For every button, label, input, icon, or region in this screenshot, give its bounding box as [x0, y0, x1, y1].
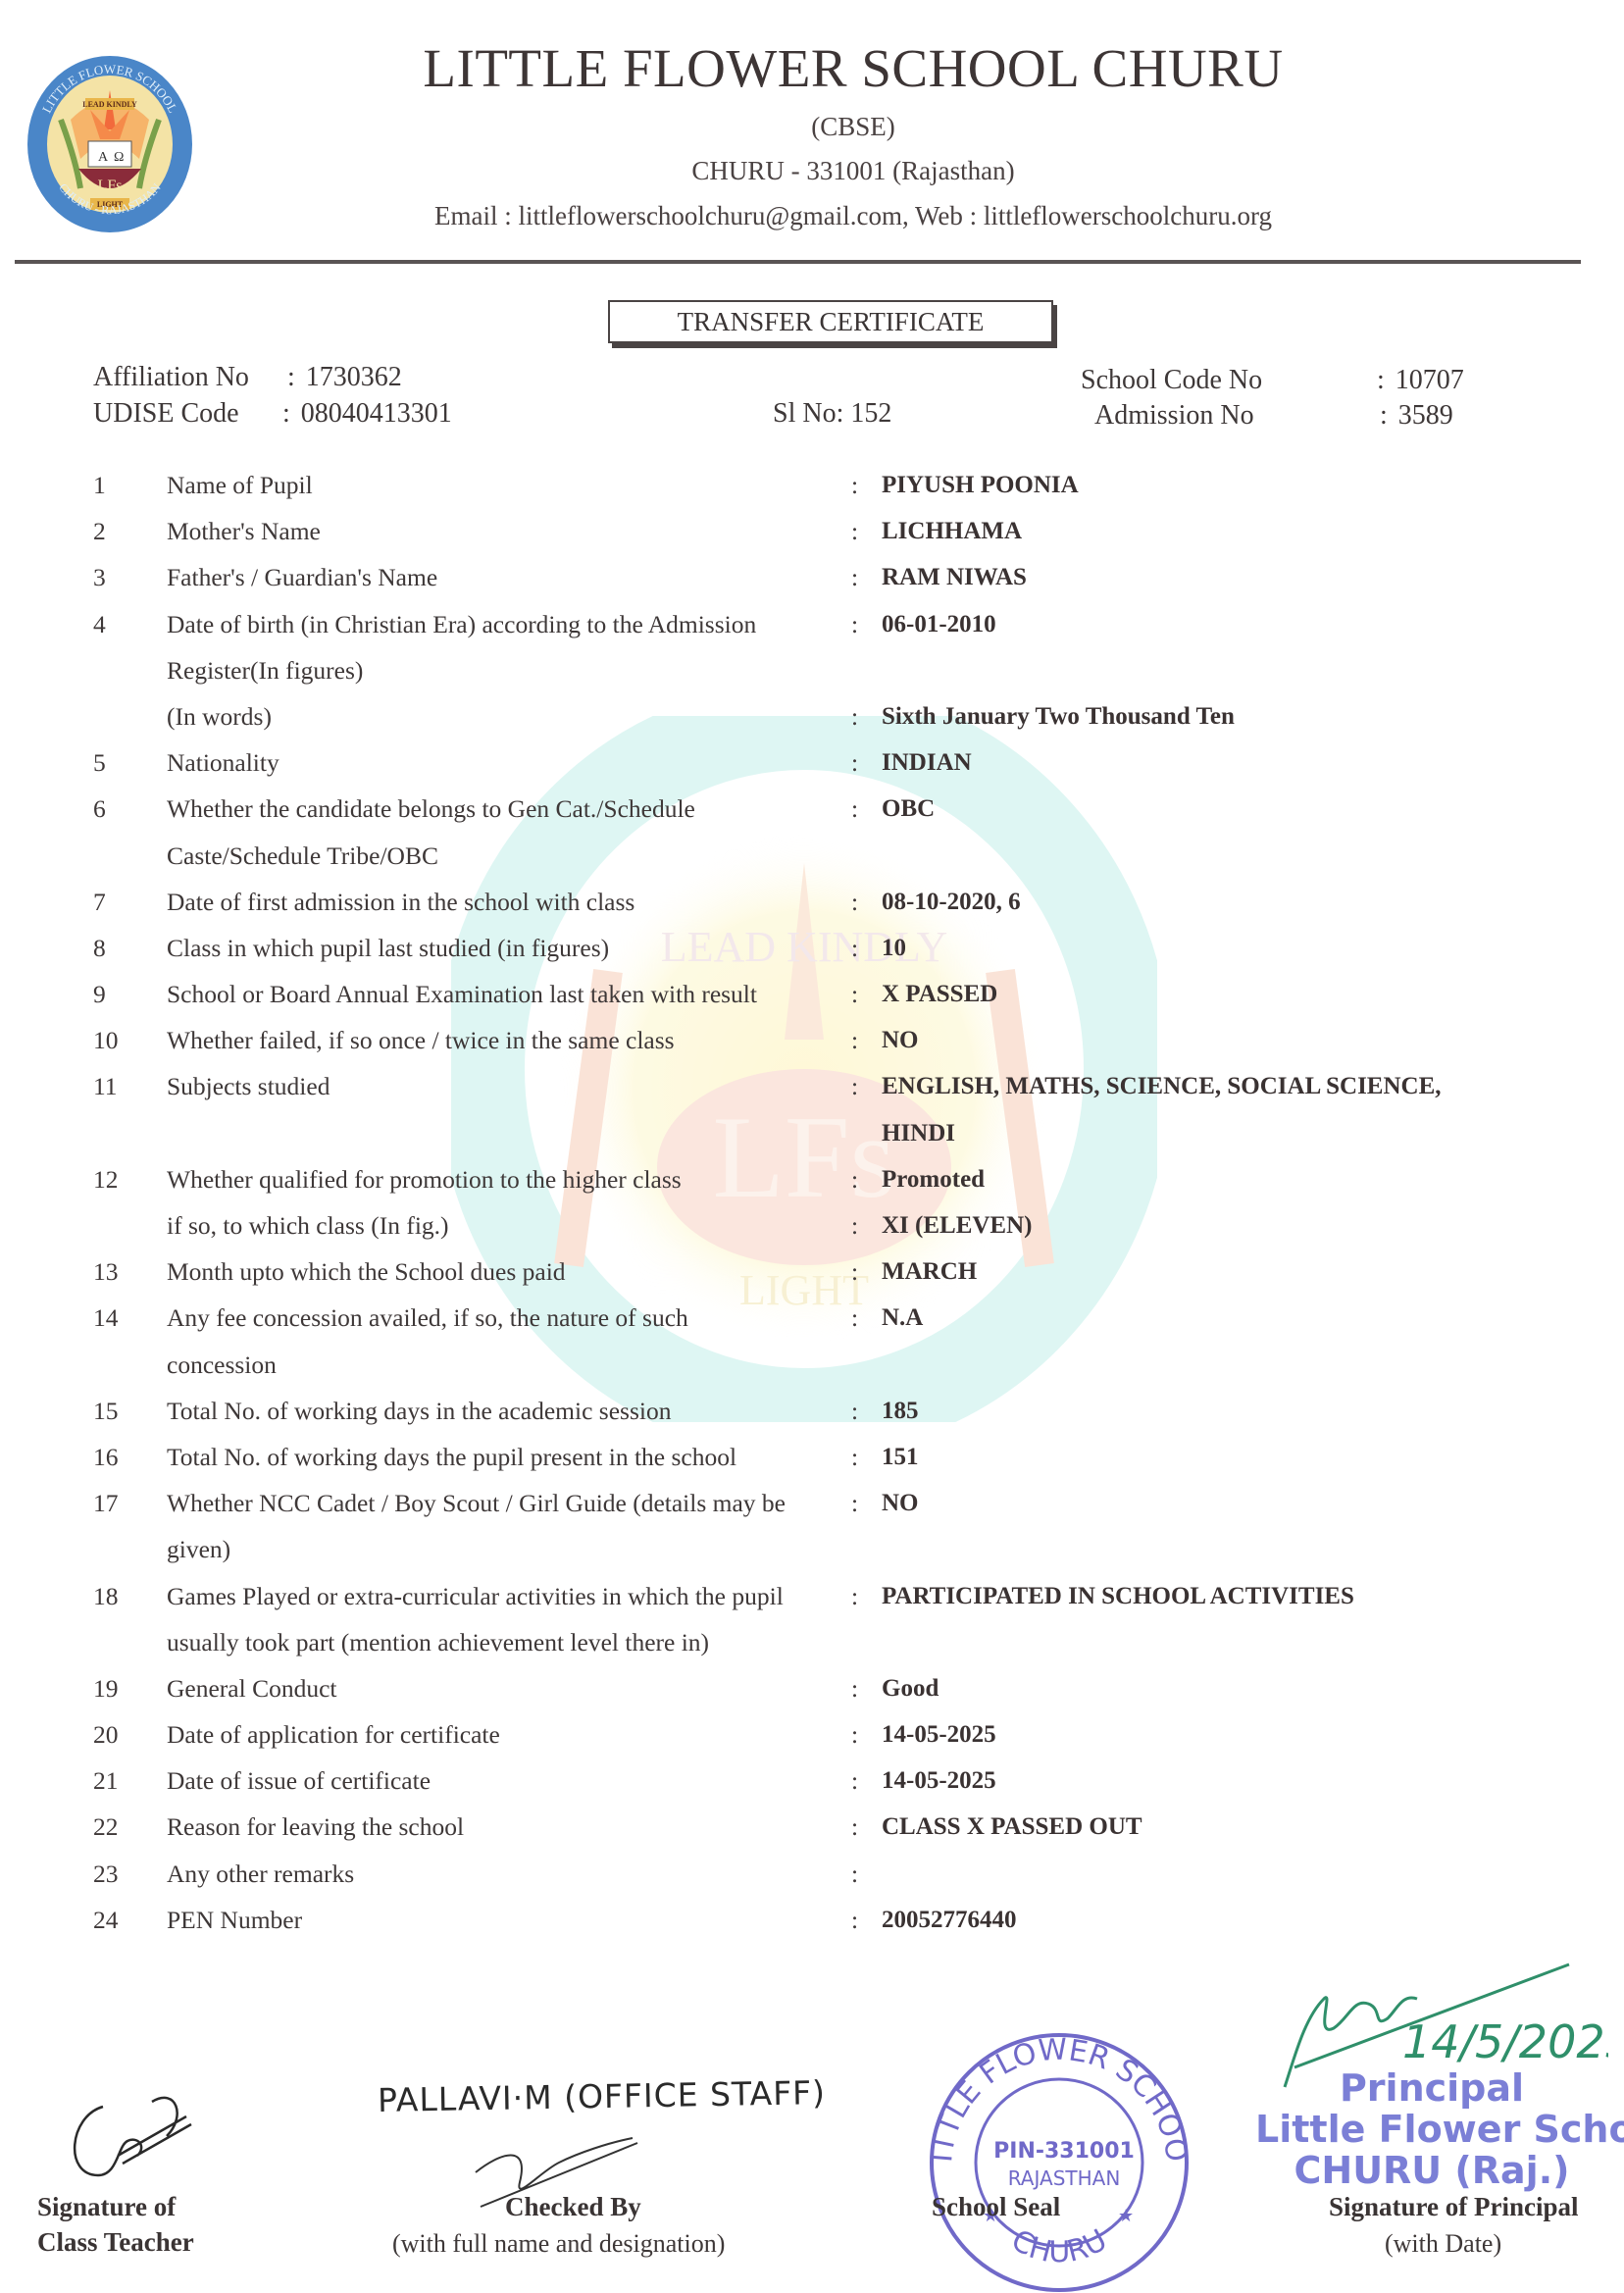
field-value: NO — [882, 1022, 919, 1059]
field-value: 14-05-2025 — [882, 1762, 996, 1800]
field-row: 18Games Played or extra-curricular activ… — [0, 1578, 1624, 1624]
field-row: 7Date of first admission in the school w… — [0, 884, 1624, 930]
field-separator: : — [851, 1161, 858, 1198]
field-value: 10 — [882, 930, 906, 967]
board-affiliation: (CBSE) — [0, 110, 1624, 143]
field-label: Reason for leaving the school — [167, 1809, 464, 1846]
field-value: HINDI — [882, 1115, 955, 1152]
field-separator: : — [851, 559, 858, 596]
field-label: Date of birth (in Christian Era) accordi… — [167, 606, 756, 643]
field-number: 2 — [93, 513, 106, 550]
field-label: Date of first admission in the school wi… — [167, 884, 634, 921]
field-separator: : — [851, 1022, 858, 1059]
field-label: General Conduct — [167, 1670, 336, 1707]
field-number: 17 — [93, 1485, 119, 1522]
field-value: LICHHAMA — [882, 513, 1022, 550]
field-value: ENGLISH, MATHS, SCIENCE, SOCIAL SCIENCE, — [882, 1068, 1442, 1105]
field-separator: : — [851, 884, 858, 921]
field-row: 14Any fee concession availed, if so, the… — [0, 1299, 1624, 1346]
field-number: 7 — [93, 884, 106, 921]
svg-text:PIN-331001: PIN-331001 — [993, 2139, 1135, 2164]
principal-stamp: Principal Little Flower School CHURU (Ra… — [1255, 2067, 1608, 2191]
field-value: PIYUSH POONIA — [882, 467, 1079, 504]
field-value: XI (ELEVEN) — [882, 1207, 1033, 1245]
field-value: INDIAN — [882, 744, 972, 782]
field-row: Register(In figures) — [0, 652, 1624, 698]
admission-label: Admission No — [1094, 398, 1254, 433]
field-separator: : — [851, 467, 858, 504]
serial-number: Sl No: 152 — [773, 396, 891, 432]
field-row: 2Mother's Name:LICHHAMA — [0, 513, 1624, 559]
header-divider — [15, 260, 1581, 264]
field-label: Register(In figures) — [167, 652, 363, 689]
field-separator: : — [851, 513, 858, 550]
school-address: CHURU - 331001 (Rajasthan) — [0, 154, 1624, 187]
field-number: 6 — [93, 790, 106, 828]
field-separator: : — [851, 1809, 858, 1846]
field-number: 22 — [93, 1809, 119, 1846]
admission-no: : 3589 — [1380, 398, 1453, 433]
field-separator: : — [851, 1253, 858, 1291]
field-row: 24PEN Number:20052776440 — [0, 1902, 1624, 1948]
field-number: 3 — [93, 559, 106, 596]
field-label: Whether qualified for promotion to the h… — [167, 1161, 682, 1198]
field-separator: : — [851, 1068, 858, 1105]
field-row: 20Date of application for certificate:14… — [0, 1716, 1624, 1762]
field-row: 19General Conduct:Good — [0, 1670, 1624, 1716]
field-label: Total No. of working days in the academi… — [167, 1393, 671, 1430]
field-value: 20052776440 — [882, 1902, 1017, 1939]
field-number: 12 — [93, 1161, 119, 1198]
field-value: OBC — [882, 790, 935, 828]
field-value: RAM NIWAS — [882, 559, 1027, 596]
field-number: 18 — [93, 1578, 119, 1615]
svg-text:CHURU: CHURU — [1005, 2223, 1113, 2270]
field-separator: : — [851, 606, 858, 643]
field-label: Any fee concession availed, if so, the n… — [167, 1299, 688, 1337]
field-separator: : — [851, 1762, 858, 1800]
field-label: Games Played or extra-curricular activit… — [167, 1578, 784, 1615]
field-label: Name of Pupil — [167, 467, 313, 504]
school-code-label: School Code No — [1081, 363, 1262, 398]
class-teacher-label: Signature of Class Teacher — [37, 2189, 194, 2260]
field-value: NO — [882, 1485, 919, 1522]
field-number: 1 — [93, 467, 106, 504]
field-label: Subjects studied — [167, 1068, 330, 1105]
field-value: Promoted — [882, 1161, 985, 1198]
field-separator: : — [851, 1393, 858, 1430]
field-separator: : — [851, 1485, 858, 1522]
field-number: 20 — [93, 1716, 119, 1754]
field-separator: : — [851, 1856, 858, 1893]
field-row: 21Date of issue of certificate:14-05-202… — [0, 1762, 1624, 1809]
principal-signature-sublabel: (with Date) — [1385, 2226, 1501, 2262]
field-row: 9School or Board Annual Examination last… — [0, 976, 1624, 1022]
field-separator: : — [851, 744, 858, 782]
field-number: 19 — [93, 1670, 119, 1707]
field-label: Father's / Guardian's Name — [167, 559, 437, 596]
field-value: Sixth January Two Thousand Ten — [882, 698, 1235, 736]
field-label: School or Board Annual Examination last … — [167, 976, 757, 1013]
svg-text:RAJASTHAN: RAJASTHAN — [1008, 2166, 1121, 2190]
field-value: X PASSED — [882, 976, 997, 1013]
field-label: Class in which pupil last studied (in fi… — [167, 930, 609, 967]
field-row: 12Whether qualified for promotion to the… — [0, 1161, 1624, 1207]
field-row: 22Reason for leaving the school:CLASS X … — [0, 1809, 1624, 1855]
field-row: HINDI — [0, 1115, 1624, 1161]
field-label: if so, to which class (In fig.) — [167, 1207, 449, 1245]
field-row: given) — [0, 1531, 1624, 1577]
field-label: PEN Number — [167, 1902, 302, 1939]
field-label: Date of application for certificate — [167, 1716, 500, 1754]
field-row: 1Name of Pupil:PIYUSH POONIA — [0, 467, 1624, 513]
field-row: concession — [0, 1347, 1624, 1393]
principal-signature-label: Signature of Principal — [1329, 2189, 1579, 2224]
field-row: 11Subjects studied:ENGLISH, MATHS, SCIEN… — [0, 1068, 1624, 1114]
field-row: 6Whether the candidate belongs to Gen Ca… — [0, 790, 1624, 837]
svg-text:LEAD KINDLY: LEAD KINDLY — [82, 100, 137, 109]
field-separator: : — [851, 976, 858, 1013]
field-row: 5Nationality:INDIAN — [0, 744, 1624, 790]
field-value: N.A — [882, 1299, 923, 1337]
checked-by-sublabel: (with full name and designation) — [392, 2226, 725, 2262]
field-label: given) — [167, 1531, 230, 1568]
field-label: Mother's Name — [167, 513, 321, 550]
field-value: 151 — [882, 1439, 919, 1476]
field-row: 13Month upto which the School dues paid:… — [0, 1253, 1624, 1299]
field-separator: : — [851, 1578, 858, 1615]
field-separator: : — [851, 1902, 858, 1939]
school-name: LITTLE FLOWER SCHOOL CHURU — [0, 37, 1624, 100]
school-contact: Email : littleflowerschoolchuru@gmail.co… — [0, 199, 1624, 232]
svg-text:14/5/2025: 14/5/2025 — [1402, 2015, 1608, 2068]
udise-code: : 08040413301 — [282, 396, 452, 432]
field-label: Whether the candidate belongs to Gen Cat… — [167, 790, 695, 828]
field-label: Whether failed, if so once / twice in th… — [167, 1022, 675, 1059]
field-separator: : — [851, 1439, 858, 1476]
affiliation-no: : 1730362 — [287, 360, 402, 395]
certificate-fields: 1Name of Pupil:PIYUSH POONIA2Mother's Na… — [0, 467, 1624, 1948]
field-row: 8Class in which pupil last studied (in f… — [0, 930, 1624, 976]
field-number: 24 — [93, 1902, 119, 1939]
field-separator: : — [851, 1716, 858, 1754]
field-separator: : — [851, 1207, 858, 1245]
field-number: 16 — [93, 1439, 119, 1476]
field-number: 13 — [93, 1253, 119, 1291]
field-row: 10Whether failed, if so once / twice in … — [0, 1022, 1624, 1068]
field-label: Date of issue of certificate — [167, 1762, 431, 1800]
field-number: 8 — [93, 930, 106, 967]
field-row: if so, to which class (In fig.):XI (ELEV… — [0, 1207, 1624, 1253]
checked-by-handwritten-name: PALLAVI·M (OFFICE STAFF) — [378, 2073, 827, 2119]
school-seal-label: School Seal — [932, 2189, 1060, 2224]
field-value: Good — [882, 1670, 939, 1707]
field-label: Any other remarks — [167, 1856, 354, 1893]
field-number: 21 — [93, 1762, 119, 1800]
field-row: 15Total No. of working days in the acade… — [0, 1393, 1624, 1439]
field-separator: : — [851, 1299, 858, 1337]
field-separator: : — [851, 698, 858, 736]
field-row: (In words):Sixth January Two Thousand Te… — [0, 698, 1624, 744]
field-value: 185 — [882, 1393, 919, 1430]
field-label: Nationality — [167, 744, 279, 782]
field-number: 9 — [93, 976, 106, 1013]
field-label: concession — [167, 1347, 277, 1384]
field-number: 11 — [93, 1068, 118, 1105]
field-row: 17Whether NCC Cadet / Boy Scout / Girl G… — [0, 1485, 1624, 1531]
field-value: MARCH — [882, 1253, 977, 1291]
field-value: PARTICIPATED IN SCHOOL ACTIVITIES — [882, 1578, 1354, 1615]
field-number: 23 — [93, 1856, 119, 1893]
class-teacher-signature-icon — [59, 2087, 216, 2185]
field-row: 4Date of birth (in Christian Era) accord… — [0, 606, 1624, 652]
field-row: 16Total No. of working days the pupil pr… — [0, 1439, 1624, 1485]
field-label: Month upto which the School dues paid — [167, 1253, 566, 1291]
field-separator: : — [851, 790, 858, 828]
field-number: 5 — [93, 744, 106, 782]
field-label: Whether NCC Cadet / Boy Scout / Girl Gui… — [167, 1485, 786, 1522]
udise-label: UDISE Code — [93, 396, 239, 432]
field-label: Caste/Schedule Tribe/OBC — [167, 838, 438, 875]
field-number: 14 — [93, 1299, 119, 1337]
field-row: 3Father's / Guardian's Name:RAM NIWAS — [0, 559, 1624, 605]
field-separator: : — [851, 930, 858, 967]
field-value: 08-10-2020, 6 — [882, 884, 1021, 921]
affiliation-label: Affiliation No — [93, 360, 249, 395]
certificate-title: TRANSFER CERTIFICATE — [608, 300, 1053, 343]
field-number: 4 — [93, 606, 106, 643]
field-row: 23Any other remarks: — [0, 1856, 1624, 1902]
field-label: usually took part (mention achievement l… — [167, 1624, 709, 1661]
field-value: CLASS X PASSED OUT — [882, 1809, 1142, 1846]
field-value: 06-01-2010 — [882, 606, 996, 643]
field-number: 10 — [93, 1022, 119, 1059]
field-row: usually took part (mention achievement l… — [0, 1624, 1624, 1670]
field-value: 14-05-2025 — [882, 1716, 996, 1754]
school-seal-stamp-icon: LITTLE FLOWER SCHOOL CHURU PIN-331001 RA… — [912, 2020, 1206, 2293]
field-label: (In words) — [167, 698, 272, 736]
field-separator: : — [851, 1670, 858, 1707]
field-label: Total No. of working days the pupil pres… — [167, 1439, 736, 1476]
svg-text:★: ★ — [1118, 2206, 1134, 2225]
field-row: Caste/Schedule Tribe/OBC — [0, 838, 1624, 884]
field-number: 15 — [93, 1393, 119, 1430]
school-code-no: : 10707 — [1377, 363, 1464, 398]
checked-by-label: Checked By — [505, 2189, 641, 2224]
